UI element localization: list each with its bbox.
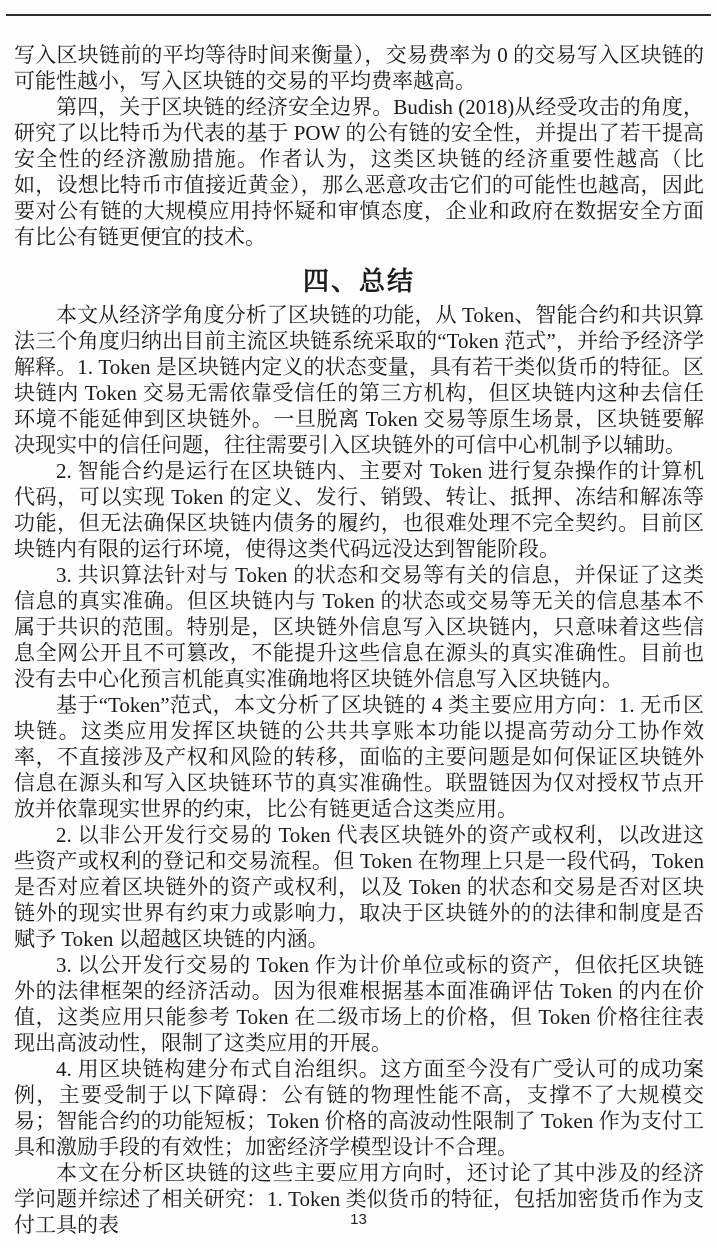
header-divider <box>6 14 711 16</box>
body-paragraph: 2. 以非公开发行交易的 Token 代表区块链外的资产或权利，以改进这些资产或… <box>14 822 704 952</box>
body-paragraph: 4. 用区块链构建分布式自治组织。这方面至今没有广受认可的成功案例，主要受制于以… <box>14 1056 704 1160</box>
page-footer: 13 <box>0 1211 717 1229</box>
body-paragraph: 2. 智能合约是运行在区块链内、主要对 Token 进行复杂操作的计算机代码，可… <box>14 458 704 562</box>
body-paragraph-continuation: 写入区块链前的平均等待时间来衡量），交易费率为 0 的交易写入区块链的可能性越小… <box>14 42 704 94</box>
page-number: 13 <box>350 1211 367 1228</box>
paper-page: 写入区块链前的平均等待时间来衡量），交易费率为 0 的交易写入区块链的可能性越小… <box>0 0 717 1248</box>
body-paragraph: 3. 以公开发行交易的 Token 作为计价单位或标的资产，但依托区块链外的法律… <box>14 952 704 1056</box>
body-paragraph: 3. 共识算法针对与 Token 的状态和交易等有关的信息，并保证了这类信息的真… <box>14 562 704 692</box>
document-body: 写入区块链前的平均等待时间来衡量），交易费率为 0 的交易写入区块链的可能性越小… <box>14 42 704 1238</box>
section-heading: 四、总结 <box>14 265 704 299</box>
body-paragraph: 基于“Token”范式，本文分析了区块链的 4 类主要应用方向：1. 无币区块链… <box>14 692 704 822</box>
body-paragraph: 本文从经济学角度分析了区块链的功能，从 Token、智能合约和共识算法三个角度归… <box>14 302 704 458</box>
body-paragraph: 第四，关于区块链的经济安全边界。Budish (2018)从经受攻击的角度，研究… <box>14 94 704 250</box>
